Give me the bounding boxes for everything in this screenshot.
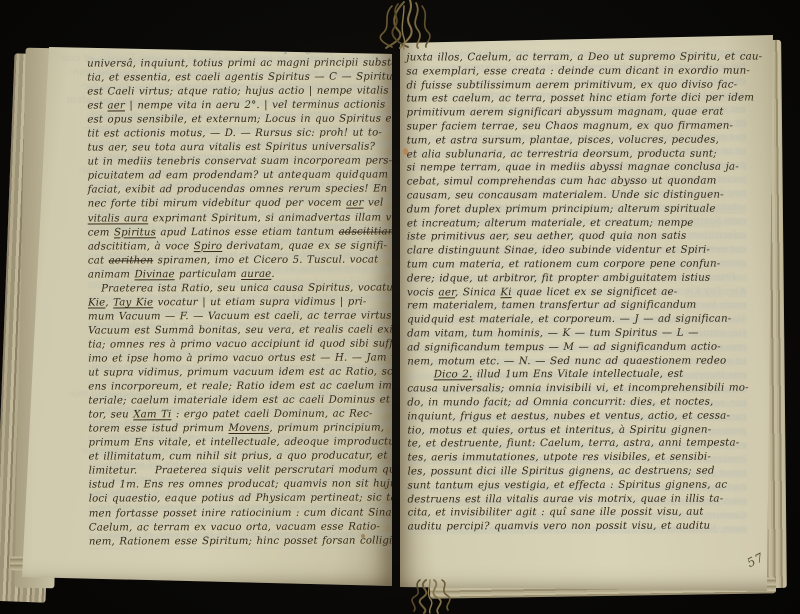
manuscript-line: rem materialem, tamen transfertur ad sig… [407,299,747,314]
manuscript-line: dere; idque, ut arbitror, fit propter am… [407,271,747,286]
manuscript-line: ad significandum tempus — M — ad signifi… [407,340,747,355]
manuscript-line: tum est caelum, ac terra, posset hinc et… [406,92,746,107]
manuscript-line: ens incorporeum, et reale; Ratio idem es… [88,380,390,395]
binding-threads-bottom-icon [376,580,486,614]
manuscript-line: te, et destruente, fiunt: Caelum, terra,… [407,437,747,452]
manuscript-line: mum Vacuum — F. — Vacuum est caeli, ac t… [88,309,390,324]
manuscript-line: Caelum, ac terram ex vacuo orta, vacuam … [89,520,391,535]
manuscript-line: vocis aer, Sinica Ki quae licet ex se si… [407,285,747,300]
manuscript-line: inquiunt, frigus et aestus, nubes et ven… [407,409,747,424]
manuscript-line: loci quaestio, eaque potius ad Physicam … [89,492,391,507]
manuscript-line: tia; omnes res à primo vacuo accipiunt i… [88,337,390,352]
manuscript-line: Praeterea ista Ratio, seu unica causa Sp… [88,281,390,296]
manuscript-line: nem, Rationem esse Spiritum; hinc posset… [89,534,391,549]
manuscript-line: istud 1m. Ens res omnes producat; quamvi… [89,478,391,493]
right-page: universâ, inquiunt, totius primi ac magn… [396,30,776,592]
manuscript-line: cem Spiritus apud Latinos esse etiam tan… [88,225,390,240]
manuscript-line: est opus sensibile, et externum; Locus i… [87,113,389,128]
manuscript-line: faciat, exibit ad producendas omnes reru… [88,183,390,198]
manuscript-line: tor, seu Xam Ti : ergo patet caeli Domin… [88,408,390,423]
manuscript-line: vitalis aura exprimant Spiritum, si anim… [88,211,390,226]
manuscript-line: di fuisse subtilissimum aerem primitivum… [406,78,746,93]
manuscript-line: cita, et invisibiliter agit : quî sane i… [408,506,748,521]
manuscript-line: iste primitivus aer, seu aether, quod qu… [407,230,747,245]
manuscript-line: picuitatem ad eam prodendam? ut antequam… [88,169,390,184]
manuscript-line: et illimitatum, cum nihil sit prius, a q… [89,450,391,465]
manuscript-line: est Caeli virtus; atque ratio; hujus act… [87,85,389,100]
manuscript-line: Vacuum est Summâ bonitas, seu vera, et r… [88,323,390,338]
manuscript-line: si nempe terram, quae in mediis abyssi m… [407,161,747,176]
manuscript-line: tio, motus et quies, ortus et interitus,… [407,423,747,438]
manuscript-line: et alia sublunaria, ac terrestria deorsu… [407,147,747,162]
manuscript-scan: juxta illos, Caelum, ac terram, a Deo ut… [0,0,800,614]
manuscript-line: Dico 2. illud 1um Ens Vitale intellectua… [407,368,747,383]
manuscript-line: ut supra vidimus, primum vacuum idem est… [88,366,390,381]
manuscript-line: dum foret duplex primum principium; alte… [407,202,747,217]
manuscript-line: primitivum aerem significari abyssum mag… [407,106,747,121]
manuscript-line: juxta illos, Caelum, ac terram, a Deo ut… [406,51,746,66]
manuscript-line: universâ, inquiunt, totius primi ac magn… [87,56,389,71]
manuscript-line: causam, seu concausam materialem. Unde s… [407,189,747,204]
manuscript-line: teriale; caelum imateriale idem est ac c… [88,394,390,409]
manuscript-line: les, possunt dici ille Spiritus gignens,… [407,464,747,479]
manuscript-line: tum cum materia, et rationem cum corpore… [407,258,747,273]
manuscript-line: quidquid est materiale, et corporeum. — … [407,313,747,328]
manuscript-line: Kie, Tay Kie vocatur | ut etiam supra vi… [88,295,390,310]
paper-speck [403,148,408,155]
manuscript-line: est aer | nempe vita in aeru 2°. | vel t… [87,99,389,114]
manuscript-line: tia, et essentia, est caeli agentis Spir… [87,71,389,86]
manuscript-line: dam vitam, tum hominis, — K — tum Spirit… [407,326,747,341]
manuscript-line: sunt tantum ejus vestigia, et effecta : … [407,478,747,493]
manuscript-line: tit est actionis motus, — D. — Rursus si… [87,127,389,142]
manuscript-line: cat aerithen spiramen, imo et Cicero 5. … [88,253,390,268]
manuscript-line: imo et ipse homo à primo vacuo ortus est… [88,351,390,366]
right-page-text: juxta illos, Caelum, ac terram, a Deo ut… [406,51,747,535]
manuscript-line: tum, et astra sursum, plantae, pisces, v… [407,133,747,148]
manuscript-line: sa exemplari, esse creata : deinde cum d… [406,64,746,79]
binding-threads-top-icon [352,0,456,52]
manuscript-line: tes, aeris immutationes, utpote res visi… [407,451,747,466]
manuscript-line: primum Ens vitale, et intellectuale, ade… [88,436,390,451]
left-page-text: universâ, inquiunt, totius primi ac magn… [87,56,391,549]
manuscript-line: tus aer, seu tota aura vitalis est Spiri… [87,141,389,156]
manuscript-line: men fortasse posset inire ratiocinium : … [89,506,391,521]
manuscript-line: do, in mundo facit; ad Omnia concurrit: … [407,395,747,410]
manuscript-line: destruens est illa vitalis aurae vis mot… [408,492,748,507]
manuscript-line: clare distinguunt Sinae, ideo subinde vi… [407,244,747,259]
manuscript-line: animam Divinae particulam aurae. [88,267,390,282]
manuscript-line: torem esse istud primum Movens, primum p… [88,422,390,437]
manuscript-line: et increatum; alterum materiale, et crea… [407,216,747,231]
manuscript-line: ut in mediis tenebris conservat suam inc… [87,155,389,170]
manuscript-line: causa universalis; omnia invisibili vi, … [407,382,747,397]
manuscript-line: adscititiam, à voce Spiro derivatam, qua… [88,239,390,254]
paper-speck [361,534,365,538]
folio-number: 57 [745,550,767,570]
manuscript-line: cebat, simul comprehendas cum hac abysso… [407,175,747,190]
manuscript-line: nec forte tibi mirum videbitur quod per … [88,197,390,212]
manuscript-line: super faciem terrae, seu Chaos magnum, e… [407,120,747,135]
manuscript-line: nem, motum etc. — N. — Sed nunc ad quaes… [407,354,747,369]
left-page: juxta illos, Caelum, ac terram, a Deo ut… [20,44,392,587]
manuscript-line: auditu percipi? quamvis vero non possit … [408,520,748,535]
manuscript-line: limitetur. Praeterea siquis velit perscr… [89,464,391,479]
